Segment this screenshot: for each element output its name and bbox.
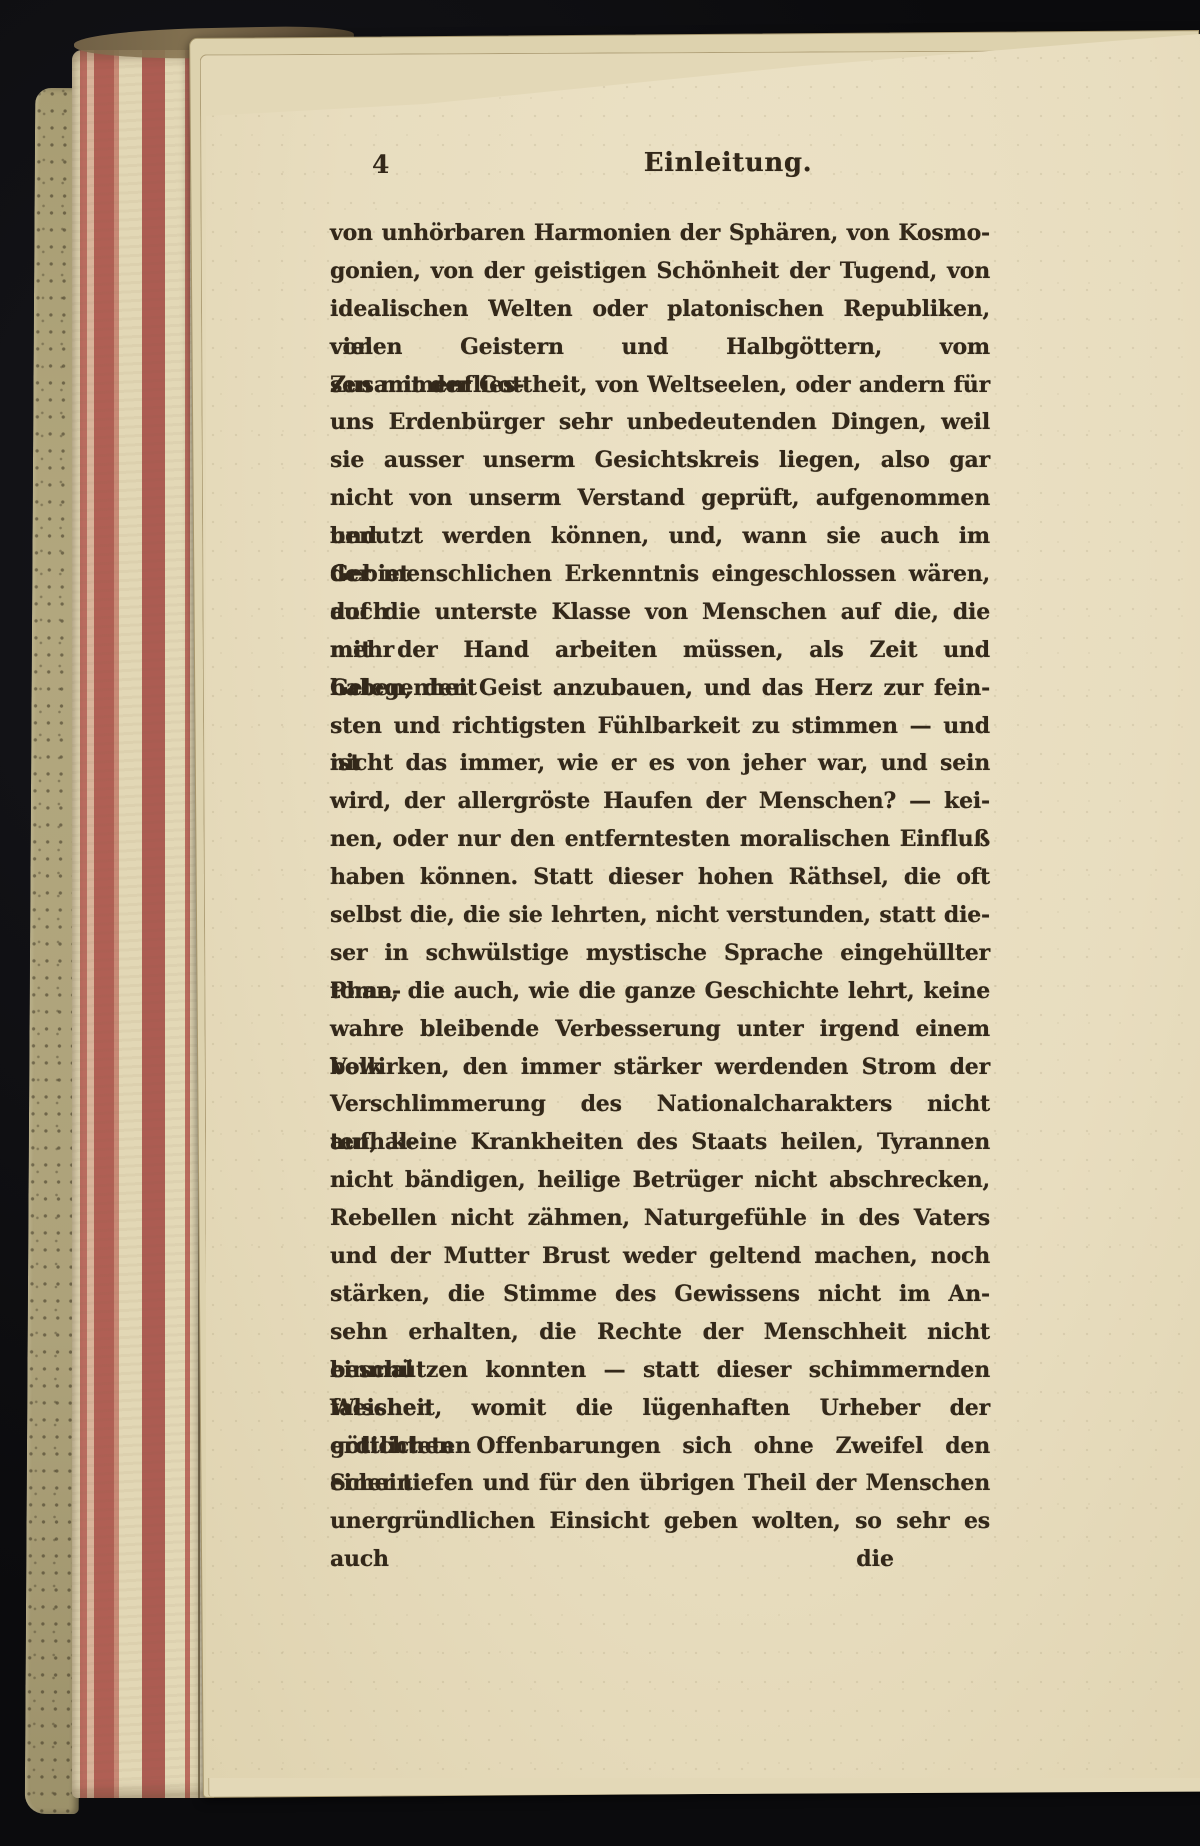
text-line: vielen Geistern und Halbgöttern, vom Zus…: [330, 329, 990, 367]
book-page: 4 Einleitung. von unhörbaren Harmonien d…: [206, 20, 1200, 1778]
text-line: haben können. Statt dieser hohen Räthsel…: [330, 859, 990, 897]
text-line: beschützen konnten — statt dieser schimm…: [330, 1352, 990, 1390]
text-line: Verschlimmerung des Nationalcharakters n…: [330, 1086, 990, 1124]
text-line: nen, oder nur den entferntesten moralisc…: [330, 821, 990, 859]
text-line: selbst die, die sie lehrten, nicht verst…: [330, 897, 990, 935]
text-line: nicht bändigen, heilige Betrüger nicht a…: [330, 1162, 990, 1200]
text-line: sen mit der Gottheit, von Weltseelen, od…: [330, 367, 990, 405]
text-line: sehn erhalten, die Rechte der Menschheit…: [330, 1314, 990, 1352]
text-line: uns Erdenbürger sehr unbedeutenden Dinge…: [330, 404, 990, 442]
body-text: von unhörbaren Harmonien der Sphären, vo…: [330, 215, 990, 1579]
text-line: unergründlichen Einsicht geben wolten, s…: [330, 1503, 990, 1541]
text-line: auf die unterste Klasse von Menschen auf…: [330, 594, 990, 632]
text-line: haben, den Geist anzubauen, und das Herz…: [330, 670, 990, 708]
text-line: göttlichen Offenbarungen sich ohne Zweif…: [330, 1428, 990, 1466]
text-line: wird, der allergröste Haufen der Mensche…: [330, 783, 990, 821]
text-line: nicht das immer, wie er es von jeher war…: [330, 745, 990, 783]
text-line: einer tiefen und für den übrigen Theil d…: [330, 1465, 990, 1503]
text-line: idealischen Welten oder platonischen Rep…: [330, 291, 990, 329]
text-line: der menschlichen Erkenntnis eingeschloss…: [330, 556, 990, 594]
text-line: tome, die auch, wie die ganze Geschichte…: [330, 973, 990, 1011]
text-line: mit der Hand arbeiten müssen, als Zeit u…: [330, 632, 990, 670]
text-line: benutzt werden können, und, wann sie auc…: [330, 518, 990, 556]
catchword: die: [330, 1541, 990, 1579]
running-header: Einleitung.: [398, 148, 1058, 178]
text-line: von unhörbaren Harmonien der Sphären, vo…: [330, 215, 990, 253]
text-line: und der Mutter Brust weder geltend mache…: [330, 1238, 990, 1276]
text-line: bewirken, den immer stärker werdenden St…: [330, 1049, 990, 1087]
text-line: gonien, von der geistigen Schönheit der …: [330, 253, 990, 291]
text-line: ten, keine Krankheiten des Staats heilen…: [330, 1124, 990, 1162]
book-scan-photo: 4 Einleitung. von unhörbaren Harmonien d…: [0, 0, 1200, 1846]
text-line: nicht von unserm Verstand geprüft, aufge…: [330, 480, 990, 518]
page-header: 4 Einleitung.: [330, 148, 990, 182]
text-line: stärken, die Stimme des Gewissens nicht …: [330, 1276, 990, 1314]
text-line: Rebellen nicht zähmen, Naturgefühle in d…: [330, 1200, 990, 1238]
text-line: sie ausser unserm Gesichtskreis liegen, …: [330, 442, 990, 480]
page-number: 4: [372, 150, 390, 179]
text-line: wahre bleibende Verbesserung unter irgen…: [330, 1011, 990, 1049]
text-line: sten und richtigsten Fühlbarkeit zu stim…: [330, 708, 990, 746]
text-line: ser in schwülstige mystische Sprache ein…: [330, 935, 990, 973]
text-line: Weisheit, womit die lügenhaften Urheber …: [330, 1390, 990, 1428]
